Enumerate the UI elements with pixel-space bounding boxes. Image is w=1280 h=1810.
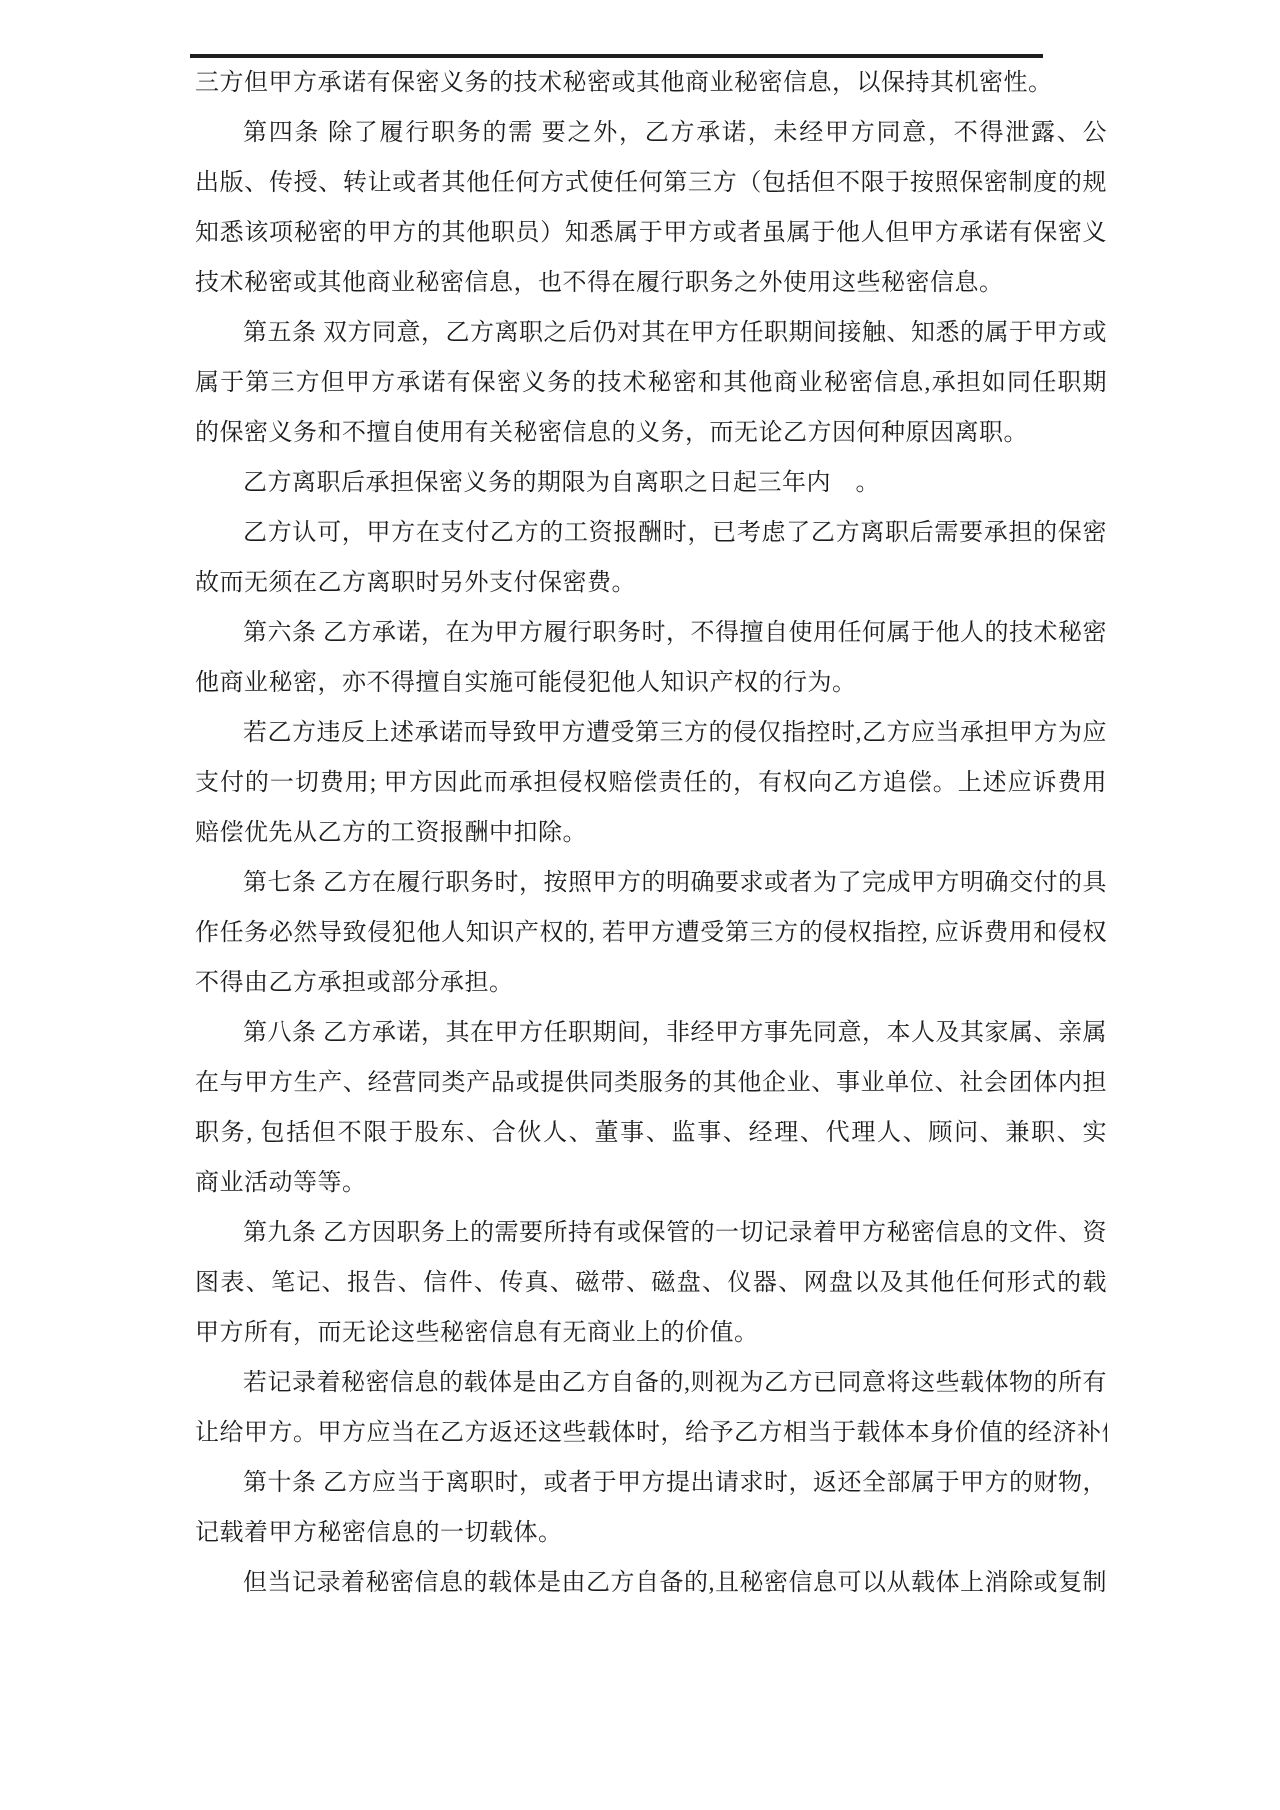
text-line-1: 三方但甲方承诺有保密义务的技术秘密或其他商业秘密信息，以保持其机密性。 — [195, 58, 1107, 108]
text-line-22: 职务, 包括但不限于股东、合伙人、董事、监事、经理、代理人、顾问、兼职、实习、见… — [195, 1108, 1107, 1158]
text-line-21: 在与甲方生产、经营同类产品或提供同类服务的其他企业、事业单位、社会团体内担任任何 — [195, 1058, 1107, 1108]
text-line-18: 作任务必然导致侵犯他人知识产权的, 若甲方遭受第三方的侵权指控, 应诉费用和侵权… — [195, 908, 1107, 958]
text-line-4: 知悉该项秘密的甲方的其他职员）知悉属于甲方或者虽属于他人但甲方承诺有保密义务的 — [195, 208, 1107, 258]
text-line-11: 故而无须在乙方离职时另外支付保密费。 — [195, 558, 1107, 608]
text-line-20: 第八条 乙方承诺，其在甲方任职期间，非经甲方事先同意，本人及其家属、亲属不得 — [195, 1008, 1107, 1058]
text-line-25: 图表、笔记、报告、信件、传真、磁带、磁盘、仪器、网盘以及其他任何形式的载体，均归 — [195, 1258, 1107, 1308]
text-line-12: 第六条 乙方承诺，在为甲方履行职务时，不得擅自使用任何属于他人的技术秘密或其 — [195, 608, 1107, 658]
text-line-3: 出版、传授、转让或者其他任何方式使任何第三方（包括但不限于按照保密制度的规定不得 — [195, 158, 1107, 208]
text-line-23: 商业活动等等。 — [195, 1158, 1107, 1208]
text-line-9: 乙方离职后承担保密义务的期限为自离职之日起三年内 。 — [195, 458, 1107, 508]
document-page: 三方但甲方承诺有保密义务的技术秘密或其他商业秘密信息，以保持其机密性。第四条 除… — [0, 0, 1280, 1810]
text-line-24: 第九条 乙方因职务上的需要所持有或保管的一切记录着甲方秘密信息的文件、资料、 — [195, 1208, 1107, 1258]
text-line-19: 不得由乙方承担或部分承担。 — [195, 958, 1107, 1008]
text-line-15: 支付的一切费用; 甲方因此而承担侵权赔偿责任的，有权向乙方追偿。上述应诉费用和侵… — [195, 758, 1107, 808]
text-line-31: 但当记录着秘密信息的载体是由乙方自备的,且秘密信息可以从载体上消除或复制出来 — [195, 1558, 1107, 1608]
document-body: 三方但甲方承诺有保密义务的技术秘密或其他商业秘密信息，以保持其机密性。第四条 除… — [195, 58, 1107, 1608]
text-line-8: 的保密义务和不擅自使用有关秘密信息的义务，而无论乙方因何种原因离职。 — [195, 408, 1107, 458]
text-line-2: 第四条 除了履行职务的需 要之外，乙方承诺，未经甲方同意，不得泄露、公布、发布、 — [195, 108, 1107, 158]
text-line-7: 属于第三方但甲方承诺有保密义务的技术秘密和其他商业秘密信息,承担如同任职期间一样 — [195, 358, 1107, 408]
text-line-26: 甲方所有，而无论这些秘密信息有无商业上的价值。 — [195, 1308, 1107, 1358]
text-line-27: 若记录着秘密信息的载体是由乙方自备的,则视为乙方已同意将这些载体物的所有权转 — [195, 1358, 1107, 1408]
text-line-13: 他商业秘密，亦不得擅自实施可能侵犯他人知识产权的行为。 — [195, 658, 1107, 708]
text-line-30: 记载着甲方秘密信息的一切载体。 — [195, 1508, 1107, 1558]
text-line-6: 第五条 双方同意，乙方离职之后仍对其在甲方任职期间接触、知悉的属于甲方或者虽 — [195, 308, 1107, 358]
text-line-10: 乙方认可，甲方在支付乙方的工资报酬时，已考虑了乙方离职后需要承担的保密义务， — [195, 508, 1107, 558]
text-line-14: 若乙方违反上述承诺而导致甲方遭受第三方的侵仅指控时,乙方应当承担甲方为应诉而 — [195, 708, 1107, 758]
text-line-16: 赔偿优先从乙方的工资报酬中扣除。 — [195, 808, 1107, 858]
text-line-29: 第十条 乙方应当于离职时，或者于甲方提出请求时，返还全部属于甲方的财物，包括 — [195, 1458, 1107, 1508]
text-line-5: 技术秘密或其他商业秘密信息，也不得在履行职务之外使用这些秘密信息。 — [195, 258, 1107, 308]
text-line-17: 第七条 乙方在履行职务时，按照甲方的明确要求或者为了完成甲方明确交付的具体工 — [195, 858, 1107, 908]
text-line-28: 让给甲方。甲方应当在乙方返还这些载体时，给予乙方相当于载体本身价值的经济补偿。 — [195, 1408, 1107, 1458]
